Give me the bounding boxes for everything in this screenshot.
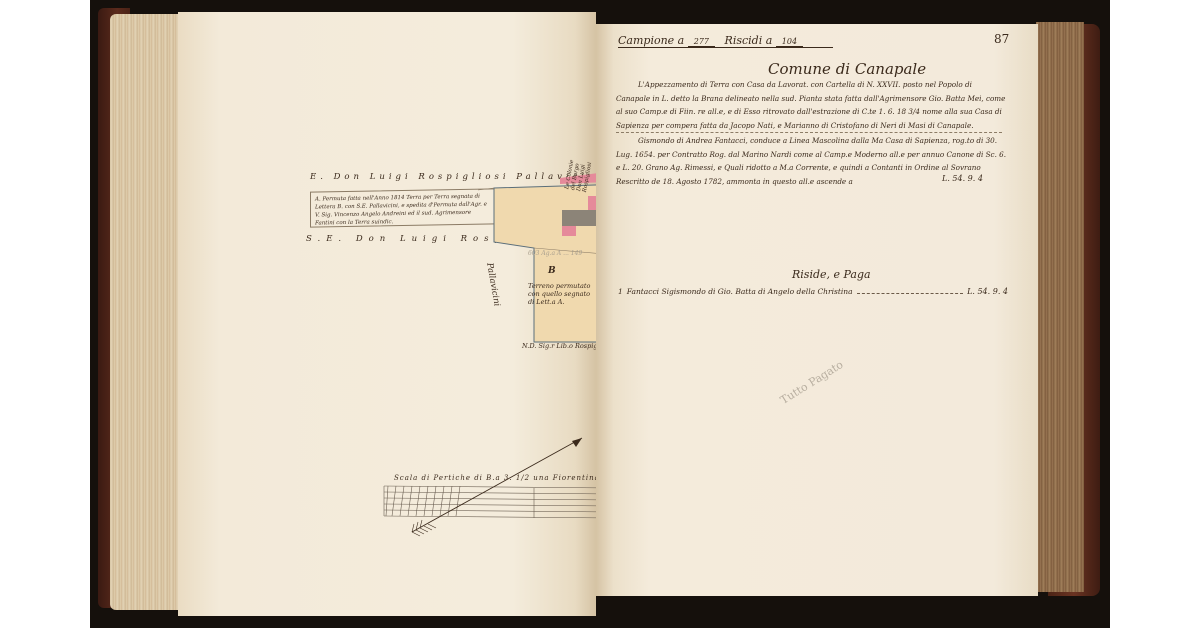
page-edges-right: [1036, 22, 1084, 592]
riscidi-value: 104: [776, 37, 803, 47]
page-header: Campione a 277 Riscidi a 104: [618, 34, 833, 48]
document-title: Comune di Canapale: [768, 60, 926, 78]
right-page: 87 Campione a 277 Riscidi a 104 Comune d…: [596, 24, 1038, 596]
page-edges-left: [110, 14, 182, 610]
divider: [616, 132, 1002, 133]
entry-index: 1: [618, 287, 623, 296]
section-title: Riside, e Paga: [792, 268, 871, 281]
parcel-letter: B: [548, 266, 556, 276]
book-photo: E. Don Luigi Rospigliosi Pallavicini A. …: [90, 0, 1110, 628]
campione-value: 277: [688, 37, 715, 47]
note-box-text: A. Permuta fatta nell'Anno 1814 Terra pe…: [315, 194, 487, 227]
campione-label: Campione a: [618, 34, 684, 47]
entry-name: Fantacci Sigismondo di Gio. Batta di Ang…: [627, 287, 853, 296]
note-box: A. Permuta fatta nell'Anno 1814 Terra pe…: [310, 188, 496, 227]
entry-row: 1 Fantacci Sigismondo di Gio. Batta di A…: [618, 287, 1008, 296]
entry-leader: [857, 293, 964, 294]
parcel-pencil-note: 603 Ag.a A ... 149: [528, 250, 582, 257]
left-page: E. Don Luigi Rospigliosi Pallavicini A. …: [178, 12, 596, 616]
parcel-description: Terreno permutato con quello segnato di …: [528, 282, 598, 306]
entry-amount: L. 54. 9. 4: [967, 287, 1008, 296]
page-number: 87: [994, 32, 1009, 46]
paragraph-total: L. 54. 9. 4: [942, 174, 983, 183]
riscidi-label: Riscidi a: [725, 34, 773, 47]
pencil-annotation: Tutto Pagato: [778, 358, 846, 407]
north-arrow-icon: [404, 432, 594, 542]
paragraph-1: L'Appezzamento di Terra con Casa da Lavo…: [616, 78, 1006, 132]
